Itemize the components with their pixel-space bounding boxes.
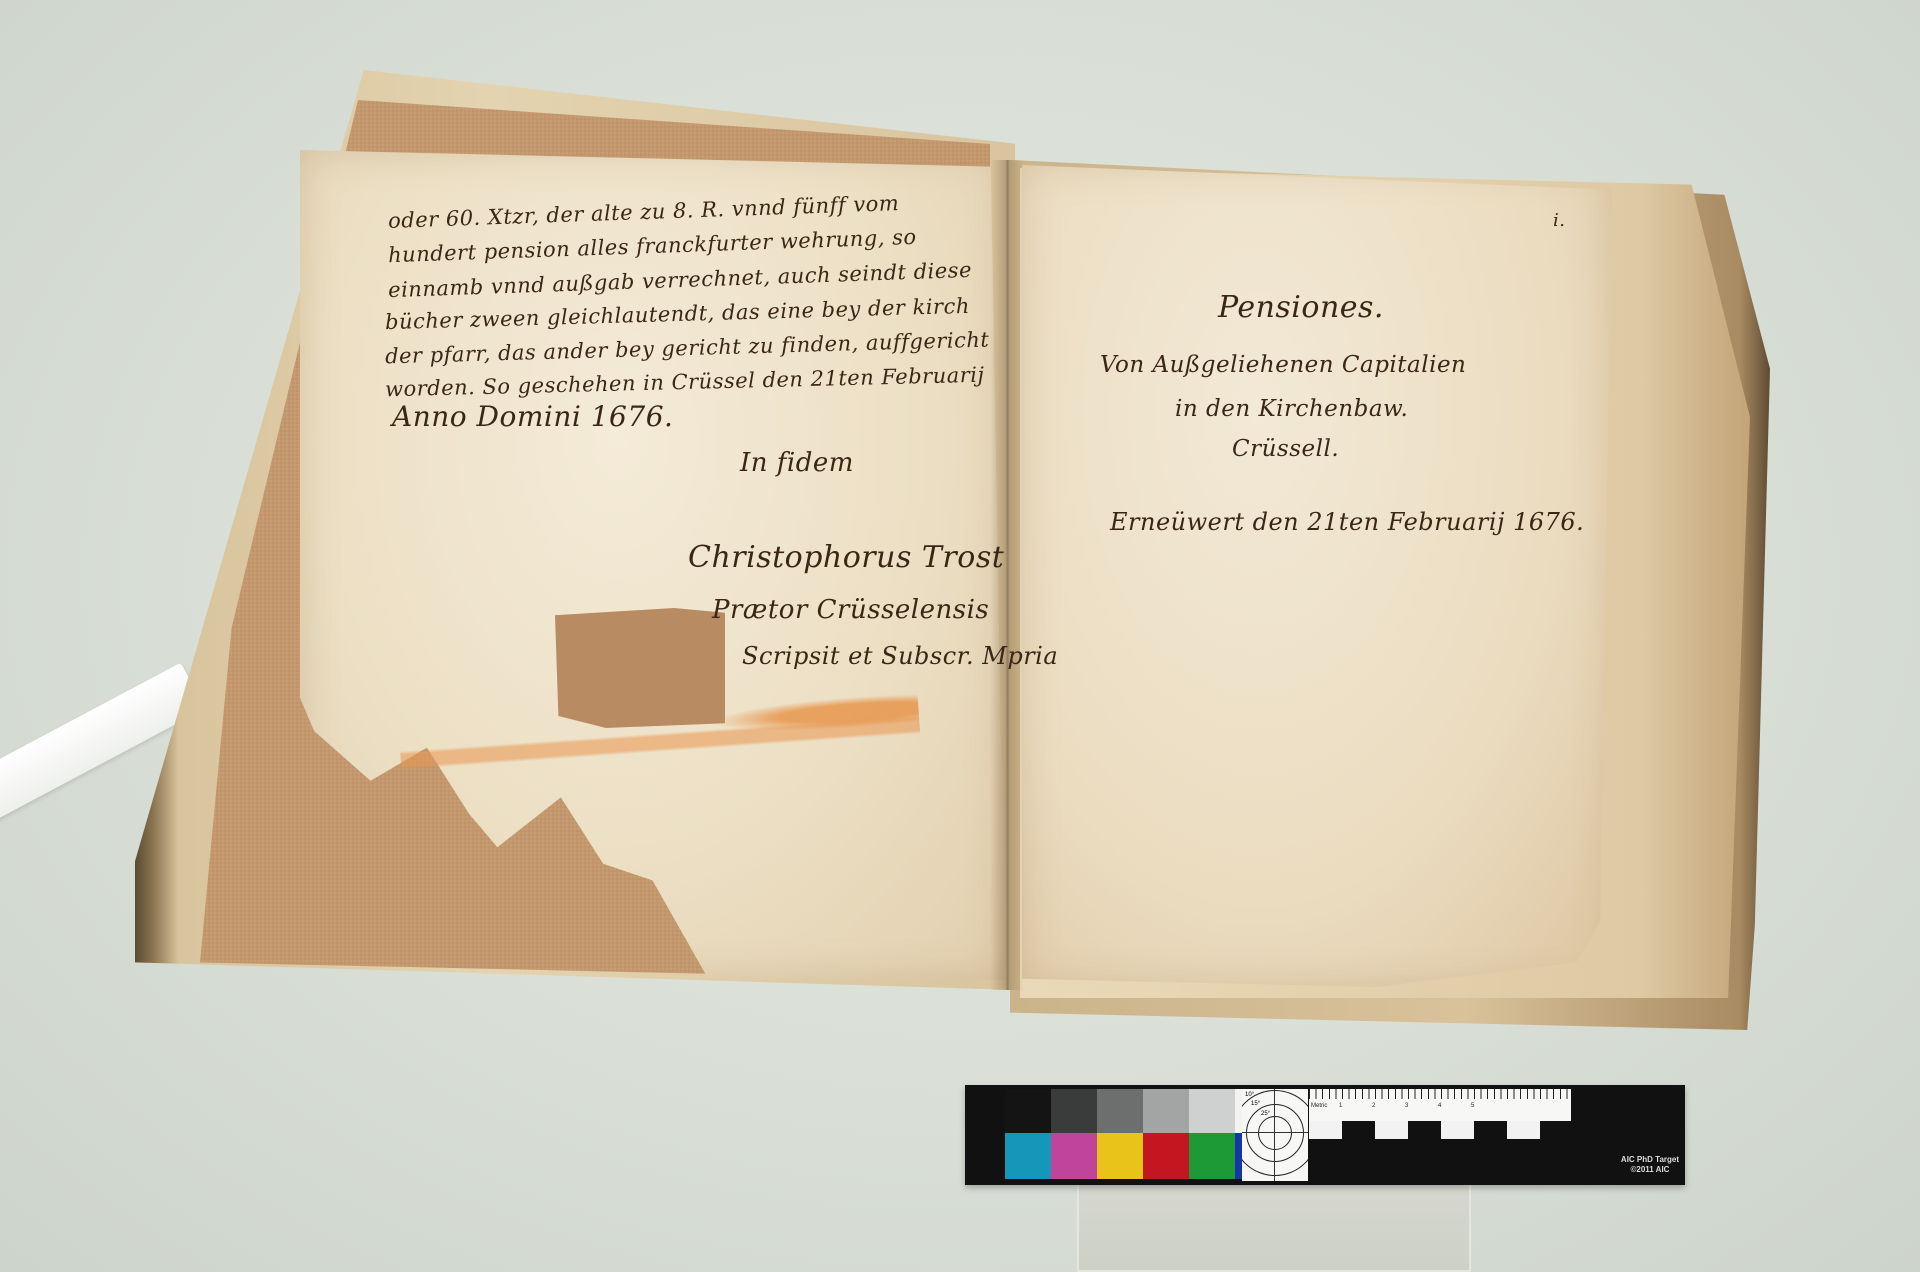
swatch-gray-2	[1051, 1089, 1097, 1133]
folio-mark: i.	[1553, 210, 1565, 231]
book-gutter	[990, 160, 1024, 990]
swatch-magenta	[1051, 1133, 1097, 1179]
signature-name: Christophorus Trost	[688, 540, 1004, 575]
swatch-red	[1143, 1133, 1189, 1179]
subtitle-line-1: Von Außgeliehenen Capitalien	[1100, 352, 1466, 378]
bullseye-label-25: 25°	[1261, 1111, 1270, 1117]
ruler-tick-1: 1	[1339, 1103, 1342, 1109]
right-manuscript-page	[1022, 165, 1612, 987]
ruler-tick-3: 3	[1405, 1103, 1408, 1109]
subtitle-line-2: in den Kirchenbaw.	[1175, 396, 1408, 422]
page-title-pensiones: Pensiones.	[1218, 290, 1384, 325]
target-brand-line-2: ©2011 AIC	[1621, 1165, 1679, 1175]
swatch-gray-5	[1189, 1089, 1235, 1133]
renewed-date-line: Erneüwert den 21ten Februarij 1676.	[1110, 508, 1584, 536]
attestation-in-fidem: In fidem	[740, 448, 854, 478]
bullseye-label-15: 15°	[1251, 1101, 1260, 1107]
ruler-tick-5: 5	[1471, 1103, 1474, 1109]
swatch-cyan	[1005, 1133, 1051, 1179]
ruler-tick-2: 2	[1372, 1103, 1375, 1109]
signature-subscription: Scripsit et Subscr. Mpria	[742, 642, 1058, 670]
target-brand-line-1: AIC PhD Target	[1621, 1155, 1679, 1165]
subtitle-line-3: Crüssell.	[1232, 436, 1339, 462]
swatch-gray-4	[1143, 1089, 1189, 1133]
swatch-gray-3	[1097, 1089, 1143, 1133]
target-brand-label: AIC PhD Target ©2011 AIC	[1621, 1155, 1679, 1175]
bullseye-label-10: 10°	[1245, 1092, 1254, 1098]
swatch-yellow	[1097, 1133, 1143, 1179]
checker-bar	[1309, 1121, 1571, 1139]
left-line-7: Anno Domini 1676.	[392, 400, 673, 433]
signature-title: Prætor Crüsselensis	[712, 595, 989, 625]
swatch-green	[1189, 1133, 1235, 1179]
target-support-box	[1077, 1183, 1471, 1272]
color-swatches	[1005, 1089, 1281, 1179]
swatch-gray-1	[1005, 1089, 1051, 1133]
bullseye-target: 10° 15° 25°	[1242, 1089, 1308, 1181]
ruler-label: Metric	[1311, 1103, 1327, 1109]
ruler-tick-4: 4	[1438, 1103, 1441, 1109]
aic-color-target: 10° 15° 25° Metric 1 2 3 4 5 AIC PhD Tar…	[965, 1085, 1685, 1185]
